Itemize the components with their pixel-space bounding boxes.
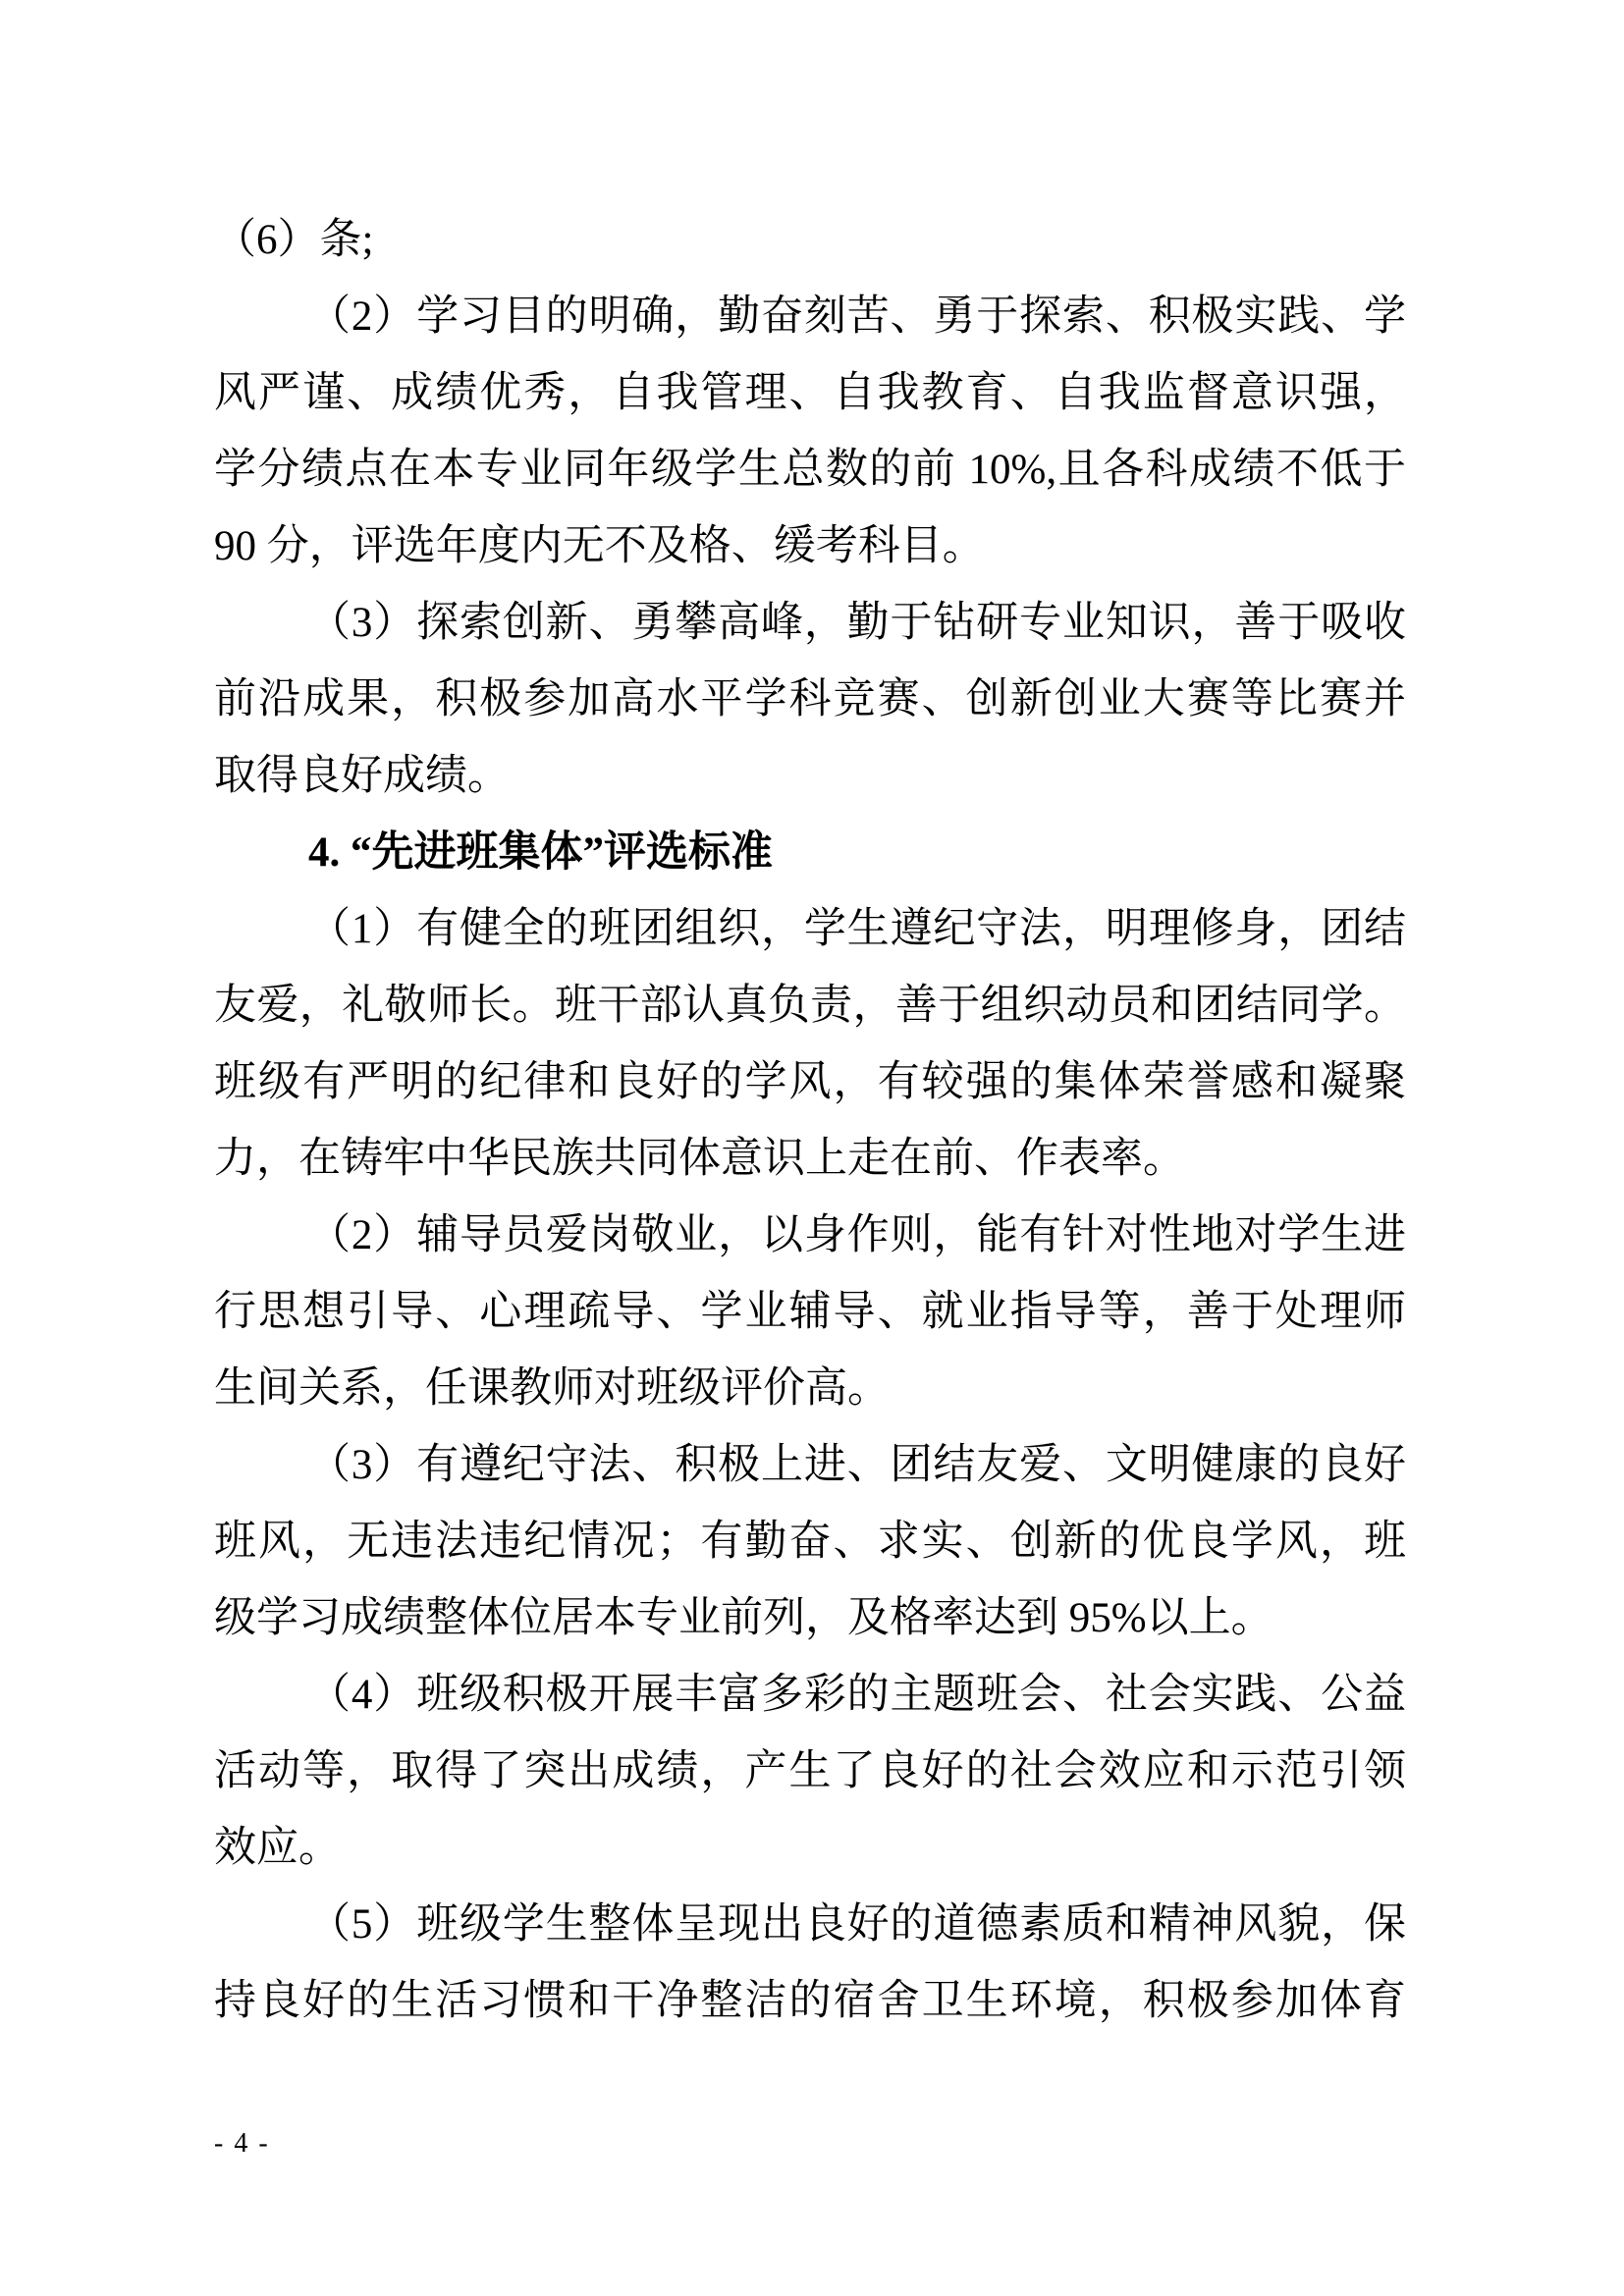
text-line: 90 分，评选年度内无不及格、缓考科目。 <box>214 508 1406 585</box>
text-line: 前沿成果，积极参加高水平学科竞赛、创新创业大赛等比赛并 <box>214 662 1406 738</box>
text-line: 生间关系，任课教师对班级评价高。 <box>214 1351 1406 1427</box>
text-line: 活动等，取得了突出成绩，产生了良好的社会效应和示范引领 <box>214 1734 1406 1810</box>
text-line: （2）学习目的明确，勤奋刻苦、勇于探索、积极实践、学 <box>214 279 1406 355</box>
text-line: 风严谨、成绩优秀，自我管理、自我教育、自我监督意识强， <box>214 355 1406 432</box>
text-line: （3）有遵纪守法、积极上进、团结友爱、文明健康的良好 <box>214 1427 1406 1504</box>
section-heading: 4. “先进班集体”评选标准 <box>214 815 1406 891</box>
text-line: 友爱，礼敬师长。班干部认真负责，善于组织动员和团结同学。 <box>214 968 1406 1044</box>
text-line: （1）有健全的班团组织，学生遵纪守法，明理修身，团结 <box>214 891 1406 968</box>
text-block: （6）条; （2）学习目的明确，勤奋刻苦、勇于探索、积极实践、学 风严谨、成绩优… <box>214 202 1406 2040</box>
text-line: 班级有严明的纪律和良好的学风，有较强的集体荣誉感和凝聚 <box>214 1044 1406 1121</box>
text-line: 行思想引导、心理疏导、学业辅导、就业指导等，善于处理师 <box>214 1274 1406 1351</box>
text-line: （6）条; <box>214 202 1406 279</box>
text-line: 取得良好成绩。 <box>214 738 1406 815</box>
text-line: （4）班级积极开展丰富多彩的主题班会、社会实践、公益 <box>214 1657 1406 1734</box>
text-line: 班风，无违法违纪情况；有勤奋、求实、创新的优良学风，班 <box>214 1504 1406 1580</box>
text-line: 学分绩点在本专业同年级学生总数的前 10%,且各科成绩不低于 <box>214 432 1406 508</box>
text-line: 力，在铸牢中华民族共同体意识上走在前、作表率。 <box>214 1121 1406 1198</box>
text-line: 级学习成绩整体位居本专业前列，及格率达到 95%以上。 <box>214 1580 1406 1657</box>
page-number: - 4 - <box>214 2126 270 2162</box>
text-line: （5）班级学生整体呈现出良好的道德素质和精神风貌，保 <box>214 1887 1406 1963</box>
document-page: （6）条; （2）学习目的明确，勤奋刻苦、勇于探索、积极实践、学 风严谨、成绩优… <box>0 0 1624 2296</box>
text-line: （3）探索创新、勇攀高峰，勤于钻研专业知识，善于吸收 <box>214 585 1406 662</box>
text-line: 效应。 <box>214 1810 1406 1887</box>
text-line: 持良好的生活习惯和干净整洁的宿舍卫生环境，积极参加体育 <box>214 1963 1406 2040</box>
text-line: （2）辅导员爱岗敬业，以身作则，能有针对性地对学生进 <box>214 1198 1406 1274</box>
